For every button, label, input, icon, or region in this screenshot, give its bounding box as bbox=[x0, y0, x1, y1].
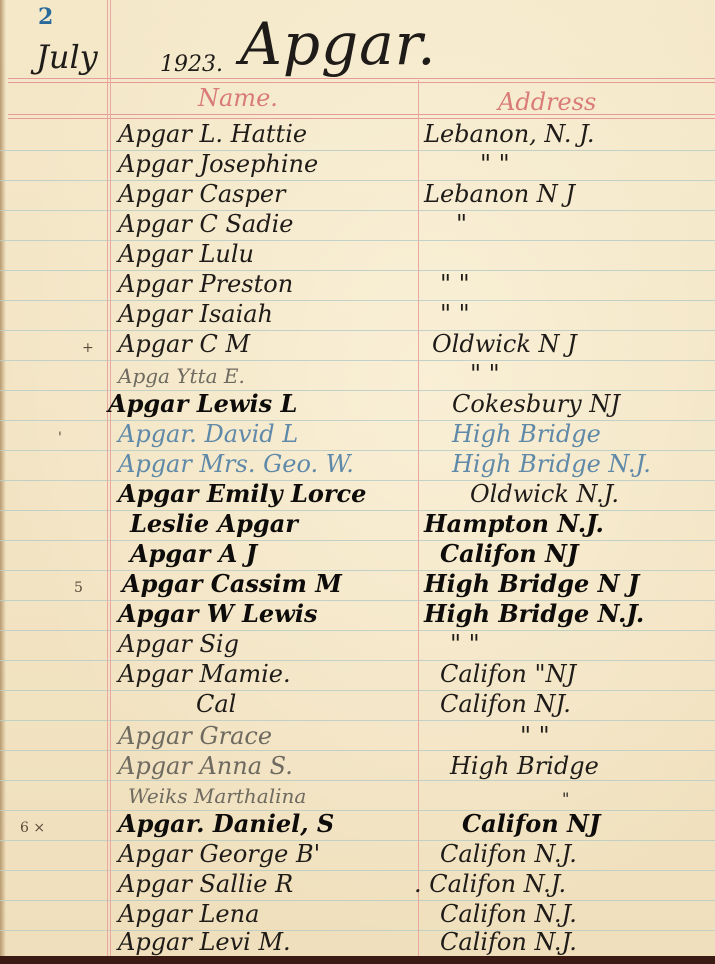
entry-name: Apgar C M bbox=[118, 330, 250, 358]
row-mark: + bbox=[82, 340, 94, 356]
ledger-row: Apgar Josephine " " bbox=[0, 150, 715, 180]
column-header-name: Name. bbox=[198, 84, 278, 112]
page-bottom-edge bbox=[0, 956, 715, 964]
ledger-row: + Apgar C M Oldwick N J bbox=[0, 330, 715, 360]
ledger-row: Apgar Levi M. Califon N.J. bbox=[0, 928, 715, 958]
header-year: 1923. bbox=[160, 52, 223, 77]
ledger-row: Apgar Mamie. Califon "NJ bbox=[0, 660, 715, 690]
ledger-row: 5 Apgar Cassim M High Bridge N J bbox=[0, 570, 715, 600]
page-number: 2 bbox=[38, 4, 53, 30]
entry-address: High Bridge N.J. bbox=[452, 450, 651, 478]
entry-address: " " bbox=[440, 300, 470, 328]
entry-address: " " bbox=[450, 630, 480, 658]
entry-address: Oldwick N J bbox=[432, 330, 577, 358]
entry-name: Apgar. Daniel, S bbox=[118, 809, 334, 838]
entry-name: Cal bbox=[196, 690, 236, 718]
entry-address: Califon N.J. bbox=[440, 928, 577, 956]
entry-name: Apgar W Lewis bbox=[118, 599, 317, 628]
entry-name: Apgar Mrs. Geo. W. bbox=[118, 450, 354, 478]
entry-address: High Bridge bbox=[452, 420, 601, 448]
ledger-row: Apgar L. Hattie Lebanon, N. J. bbox=[0, 120, 715, 150]
entry-name: Weiks Marthalina bbox=[128, 784, 306, 808]
entry-address: Califon N.J. bbox=[440, 900, 577, 928]
entry-name: Apgar George B' bbox=[118, 840, 320, 868]
ledger-row: Apga Ytta E. " " bbox=[0, 360, 715, 390]
entry-name: Apgar. David L bbox=[118, 420, 298, 448]
entry-address: Hampton N.J. bbox=[424, 509, 604, 538]
entry-address: Lebanon, N. J. bbox=[424, 120, 595, 148]
entry-address: Oldwick N.J. bbox=[470, 480, 619, 508]
entry-name: Apgar Grace bbox=[118, 722, 272, 750]
entry-address: Califon NJ bbox=[462, 809, 600, 838]
ledger-row: Apgar C Sadie " bbox=[0, 210, 715, 240]
entry-name: Apgar Sig bbox=[118, 630, 239, 658]
entry-name: Leslie Apgar bbox=[130, 509, 298, 538]
entry-name: Apgar Levi M. bbox=[118, 928, 291, 956]
header-rule-red bbox=[8, 114, 715, 115]
header-surname: Apgar. bbox=[240, 10, 437, 78]
ledger-row: Apgar Anna S. High Bridge bbox=[0, 752, 715, 782]
entry-name: Apgar Sallie R bbox=[118, 870, 293, 898]
entry-address: " " bbox=[440, 270, 470, 298]
entry-name: Apgar A J bbox=[130, 539, 257, 568]
ledger-row: Apgar Sallie R . Califon N.J. bbox=[0, 870, 715, 900]
ledger-row: 6 × Apgar. Daniel, S Califon NJ bbox=[0, 810, 715, 840]
ledger-row: Apgar Mrs. Geo. W. High Bridge N.J. bbox=[0, 450, 715, 480]
entry-name: Apga Ytta E. bbox=[118, 364, 245, 388]
entry-address: " bbox=[562, 789, 569, 808]
ledger-row: Cal Califon NJ. bbox=[0, 690, 715, 720]
row-mark: ' bbox=[58, 430, 62, 446]
entry-address: " " bbox=[480, 150, 510, 178]
entry-address: . Califon N.J. bbox=[414, 870, 566, 898]
entry-name: Apgar Mamie. bbox=[118, 660, 291, 688]
header-month: July bbox=[36, 38, 98, 76]
ledger-row: Apgar Lewis L Cokesbury NJ bbox=[0, 390, 715, 420]
entry-address: " " bbox=[520, 722, 550, 750]
entry-name: Apgar L. Hattie bbox=[118, 120, 307, 148]
entry-address: Califon "NJ bbox=[440, 660, 576, 688]
ledger-row: Apgar George B' Califon N.J. bbox=[0, 840, 715, 870]
entry-address: Califon NJ bbox=[440, 539, 578, 568]
ledger-row: Apgar Lena Califon N.J. bbox=[0, 900, 715, 930]
ledger-row: Weiks Marthalina " bbox=[0, 780, 715, 810]
entry-name: Apgar Josephine bbox=[118, 150, 318, 178]
entry-name: Apgar Anna S. bbox=[118, 752, 293, 780]
entry-address: Cokesbury NJ bbox=[452, 390, 620, 418]
entry-name: Apgar Preston bbox=[118, 270, 293, 298]
entry-name: Apgar Isaiah bbox=[118, 300, 273, 328]
entry-address: Califon N.J. bbox=[440, 840, 577, 868]
ledger-row: Apgar Emily Lorce Oldwick N.J. bbox=[0, 480, 715, 510]
ledger-row: Apgar W Lewis High Bridge N.J. bbox=[0, 600, 715, 630]
entry-name: Apgar Emily Lorce bbox=[118, 479, 366, 508]
ledger-row: Apgar Casper Lebanon N J bbox=[0, 180, 715, 210]
entry-name: Apgar Lena bbox=[118, 900, 259, 928]
ledger-row: Leslie Apgar Hampton N.J. bbox=[0, 510, 715, 540]
entry-address: Lebanon N J bbox=[424, 180, 575, 208]
entry-name: Apgar Cassim M bbox=[122, 569, 342, 598]
ledger-row: Apgar Preston " " bbox=[0, 270, 715, 300]
ledger-row: Apgar A J Califon NJ bbox=[0, 540, 715, 570]
row-mark: 5 bbox=[74, 580, 83, 596]
entry-address: " bbox=[456, 210, 467, 238]
row-mark: 6 × bbox=[20, 820, 45, 836]
header-rule-red bbox=[8, 118, 715, 119]
entry-address: High Bridge bbox=[450, 752, 599, 780]
entry-name: Apgar Lewis L bbox=[108, 389, 297, 418]
ledger-page: 2 July 1923. Apgar. Name. Address Apgar … bbox=[0, 0, 715, 958]
entry-name: Apgar C Sadie bbox=[118, 210, 293, 238]
entry-name: Apgar Casper bbox=[118, 180, 286, 208]
column-header-address: Address bbox=[498, 88, 596, 116]
ledger-row: Apgar Lulu bbox=[0, 240, 715, 270]
ledger-row: Apgar Isaiah " " bbox=[0, 300, 715, 330]
ledger-row: ' Apgar. David L High Bridge bbox=[0, 420, 715, 450]
header-rule-red bbox=[8, 82, 715, 83]
entry-name: Apgar Lulu bbox=[118, 240, 254, 268]
entry-address: High Bridge N.J. bbox=[424, 599, 644, 628]
entry-address: High Bridge N J bbox=[424, 569, 639, 598]
entry-address: Califon NJ. bbox=[440, 690, 571, 718]
ledger-row: Apgar Grace " " bbox=[0, 722, 715, 752]
entry-address: " " bbox=[470, 360, 500, 388]
ledger-row: Apgar Sig " " bbox=[0, 630, 715, 660]
header-rule-red bbox=[8, 78, 715, 79]
